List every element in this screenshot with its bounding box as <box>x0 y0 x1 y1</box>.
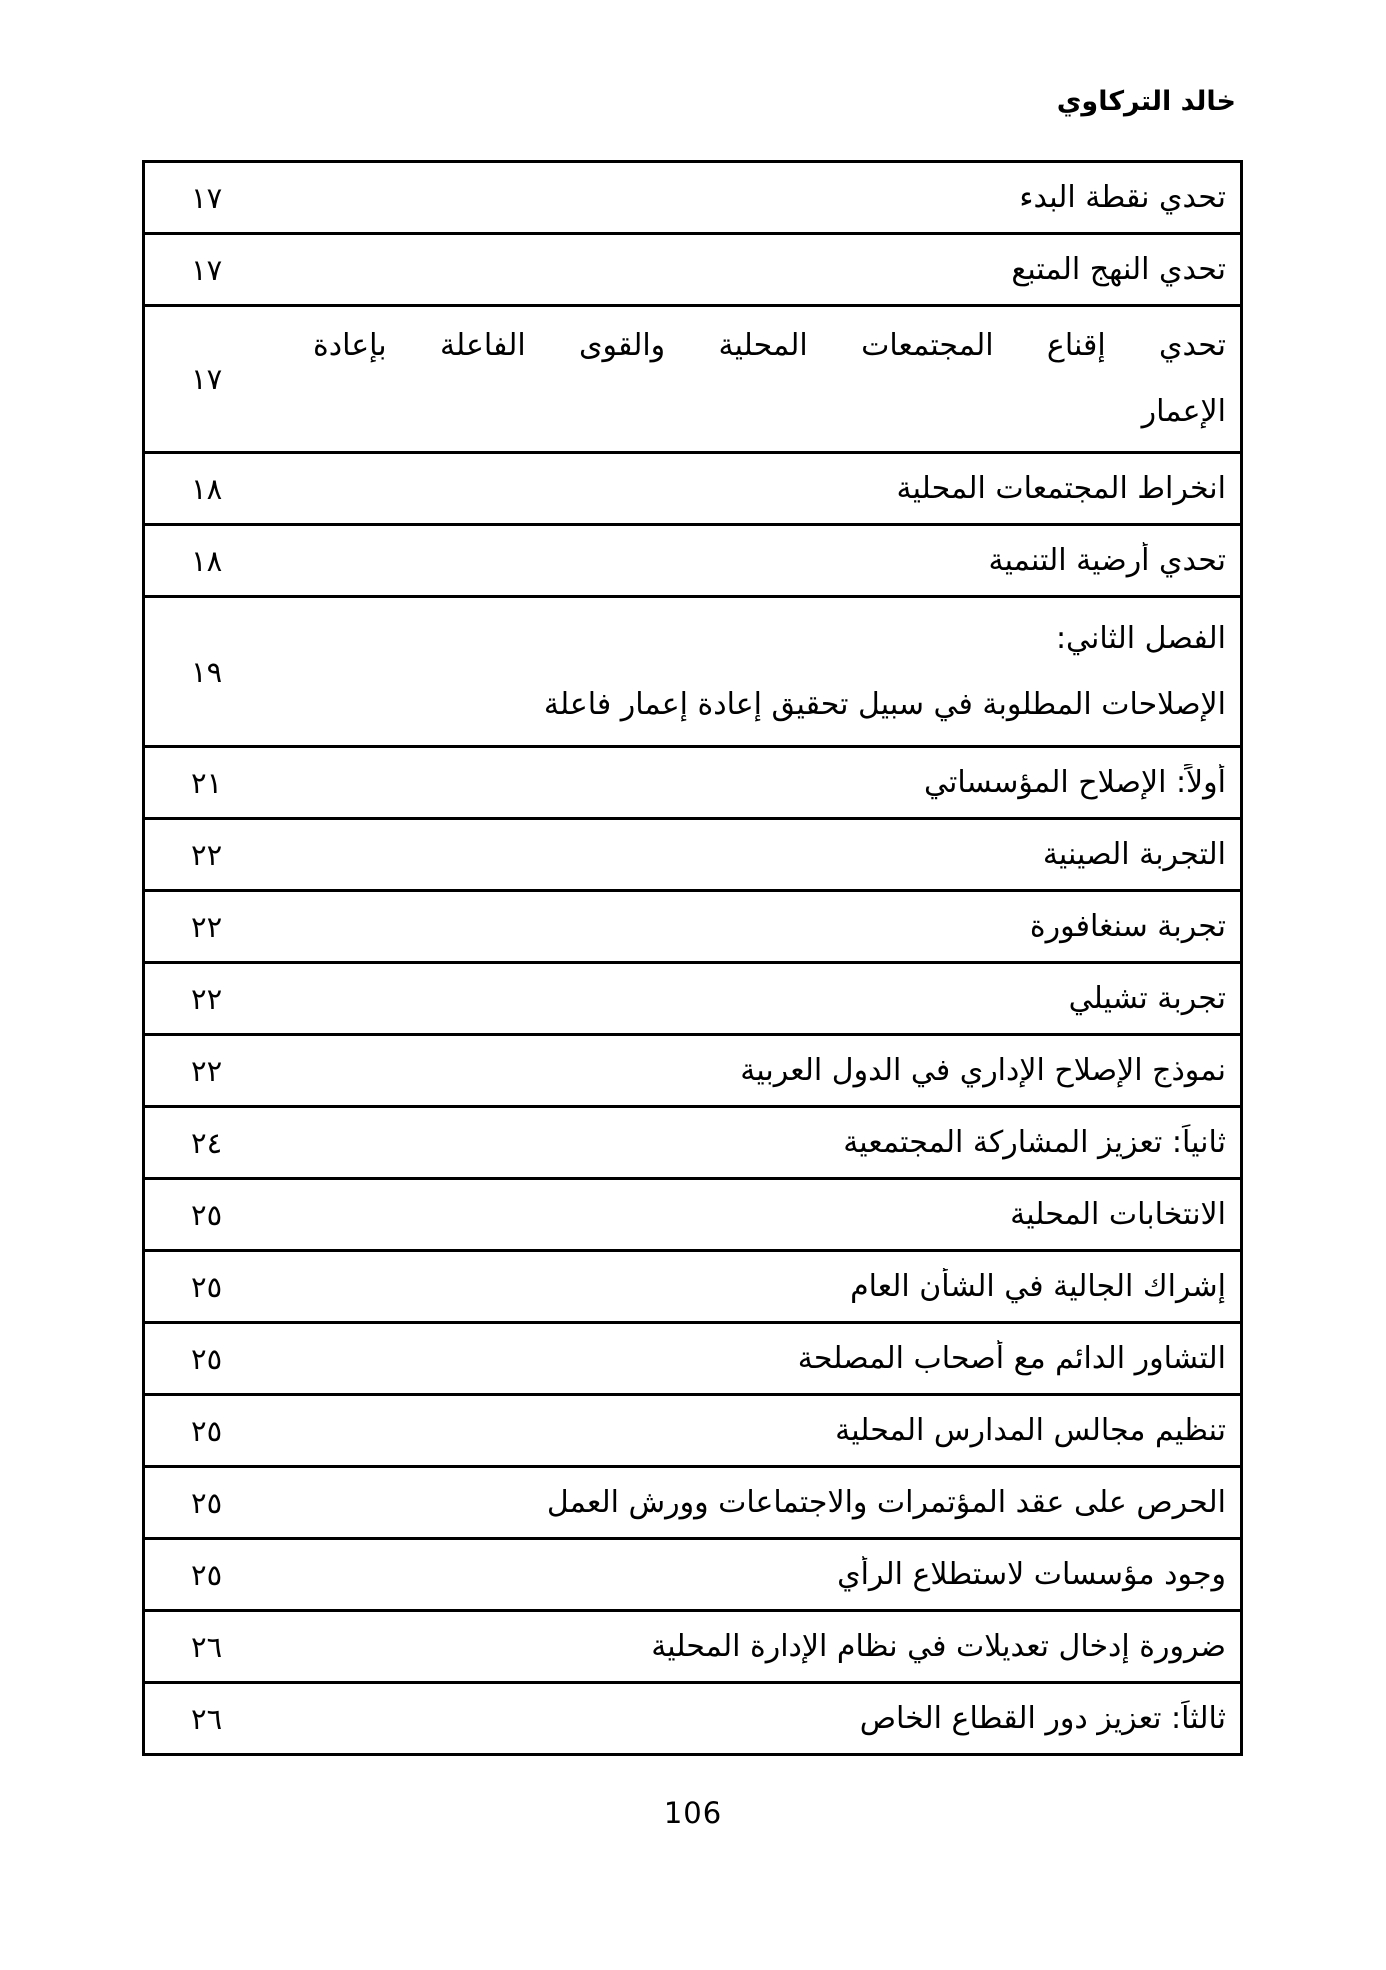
table-row: تحدي نقطة البدء ١٧ <box>145 163 1240 235</box>
toc-entry-title: تحدي نقطة البدء <box>305 179 1240 217</box>
toc-entry-page-number: ٢٥ <box>145 1558 305 1592</box>
toc-entry-line: التشاور الدائم مع أصحاب المصلحة <box>313 1340 1226 1378</box>
toc-entry-page-number: ١٧ <box>145 362 305 396</box>
toc-entry-line: تحدي نقطة البدء <box>313 179 1226 217</box>
toc-entry-title: أولاً: الإصلاح المؤسساتي <box>305 764 1240 802</box>
table-row: تنظيم مجالس المدارس المحلية ٢٥ <box>145 1396 1240 1468</box>
toc-entry-title: نموذج الإصلاح الإداري في الدول العربية <box>305 1052 1240 1090</box>
toc-entry-line: ثالثاً: تعزيز دور القطاع الخاص <box>313 1700 1226 1738</box>
toc-entry-line: نموذج الإصلاح الإداري في الدول العربية <box>313 1052 1226 1090</box>
toc-entry-line: ضرورة إدخال تعديلات في نظام الإدارة المح… <box>313 1628 1226 1666</box>
table-row: ثالثاً: تعزيز دور القطاع الخاص ٢٦ <box>145 1684 1240 1753</box>
table-row: أولاً: الإصلاح المؤسساتي ٢١ <box>145 748 1240 820</box>
toc-entry-page-number: ١٨ <box>145 472 305 506</box>
toc-entry-line: تحدي النهج المتبع <box>313 251 1226 289</box>
toc-entry-line: الإصلاحات المطلوبة في سبيل تحقيق إعادة إ… <box>313 672 1226 738</box>
toc-entry-line: تحدي إقناع المجتمعات المحلية والقوى الفا… <box>313 313 1226 379</box>
table-row: وجود مؤسسات لاستطلاع الرأي ٢٥ <box>145 1540 1240 1612</box>
toc-entry-title: وجود مؤسسات لاستطلاع الرأي <box>305 1556 1240 1594</box>
table-row: الانتخابات المحلية ٢٥ <box>145 1180 1240 1252</box>
toc-entry-title: ثالثاً: تعزيز دور القطاع الخاص <box>305 1700 1240 1738</box>
toc-entry-line: تجربة سنغافورة <box>313 908 1226 946</box>
toc-entry-title: ثانياً: تعزيز المشاركة المجتمعية <box>305 1124 1240 1162</box>
toc-entry-page-number: ٢٥ <box>145 1198 305 1232</box>
toc-entry-line: الفصل الثاني: <box>313 606 1226 672</box>
toc-entry-page-number: ٢٥ <box>145 1342 305 1376</box>
toc-entry-page-number: ٢٥ <box>145 1414 305 1448</box>
toc-entry-page-number: ١٧ <box>145 181 305 215</box>
table-row: تجربة تشيلي ٢٢ <box>145 964 1240 1036</box>
table-row: انخراط المجتمعات المحلية ١٨ <box>145 454 1240 526</box>
footer-page-number: 106 <box>0 1796 1386 1830</box>
toc-entry-line: الإعمار <box>313 379 1226 445</box>
toc-entry-line: إشراك الجالية في الشأن العام <box>313 1268 1226 1306</box>
toc-entry-page-number: ١٧ <box>145 253 305 287</box>
toc-entry-page-number: ٢٥ <box>145 1270 305 1304</box>
toc-entry-title: تجربة سنغافورة <box>305 908 1240 946</box>
table-row: الفصل الثاني:الإصلاحات المطلوبة في سبيل … <box>145 598 1240 748</box>
toc-entry-title: التشاور الدائم مع أصحاب المصلحة <box>305 1340 1240 1378</box>
toc-entry-title: تحدي إقناع المجتمعات المحلية والقوى الفا… <box>305 313 1240 445</box>
toc-entry-line: انخراط المجتمعات المحلية <box>313 470 1226 508</box>
document-page: خالد التركاوي تحدي نقطة البدء ١٧ تحدي ال… <box>0 0 1386 1970</box>
toc-entry-page-number: ١٨ <box>145 544 305 578</box>
toc-entry-page-number: ٢٥ <box>145 1486 305 1520</box>
toc-entry-line: وجود مؤسسات لاستطلاع الرأي <box>313 1556 1226 1594</box>
toc-entry-page-number: ٢٢ <box>145 1054 305 1088</box>
toc-entry-title: الفصل الثاني:الإصلاحات المطلوبة في سبيل … <box>305 606 1240 738</box>
toc-entry-line: الانتخابات المحلية <box>313 1196 1226 1234</box>
table-row: نموذج الإصلاح الإداري في الدول العربية ٢… <box>145 1036 1240 1108</box>
toc-entry-title: ضرورة إدخال تعديلات في نظام الإدارة المح… <box>305 1628 1240 1666</box>
toc-entry-line: التجربة الصينية <box>313 836 1226 874</box>
toc-entry-line: أولاً: الإصلاح المؤسساتي <box>313 764 1226 802</box>
table-row: ثانياً: تعزيز المشاركة المجتمعية ٢٤ <box>145 1108 1240 1180</box>
toc-entry-page-number: ٢٢ <box>145 838 305 872</box>
toc-entry-title: تحدي أرضية التنمية <box>305 542 1240 580</box>
toc-entry-title: انخراط المجتمعات المحلية <box>305 470 1240 508</box>
toc-entry-line: تجربة تشيلي <box>313 980 1226 1018</box>
toc-entry-page-number: ٢٤ <box>145 1126 305 1160</box>
toc-entry-page-number: ٢٢ <box>145 982 305 1016</box>
toc-entry-title: التجربة الصينية <box>305 836 1240 874</box>
table-row: التجربة الصينية ٢٢ <box>145 820 1240 892</box>
toc-entry-title: إشراك الجالية في الشأن العام <box>305 1268 1240 1306</box>
toc-entry-line: تحدي أرضية التنمية <box>313 542 1226 580</box>
toc-entry-page-number: ٢٢ <box>145 910 305 944</box>
toc-entry-title: الحرص على عقد المؤتمرات والاجتماعات وورش… <box>305 1484 1240 1522</box>
toc-entry-title: تنظيم مجالس المدارس المحلية <box>305 1412 1240 1450</box>
table-row: التشاور الدائم مع أصحاب المصلحة ٢٥ <box>145 1324 1240 1396</box>
table-row: الحرص على عقد المؤتمرات والاجتماعات وورش… <box>145 1468 1240 1540</box>
toc-entry-page-number: ٢٦ <box>145 1630 305 1664</box>
toc-entry-line: الحرص على عقد المؤتمرات والاجتماعات وورش… <box>313 1484 1226 1522</box>
toc-table: تحدي نقطة البدء ١٧ تحدي النهج المتبع ١٧ … <box>142 160 1243 1756</box>
toc-entry-page-number: ١٩ <box>145 655 305 689</box>
table-row: تحدي أرضية التنمية ١٨ <box>145 526 1240 598</box>
table-row: إشراك الجالية في الشأن العام ٢٥ <box>145 1252 1240 1324</box>
toc-entry-title: تحدي النهج المتبع <box>305 251 1240 289</box>
toc-entry-title: الانتخابات المحلية <box>305 1196 1240 1234</box>
toc-entry-page-number: ٢١ <box>145 766 305 800</box>
toc-entry-page-number: ٢٦ <box>145 1702 305 1736</box>
table-row: تحدي النهج المتبع ١٧ <box>145 235 1240 307</box>
table-row: ضرورة إدخال تعديلات في نظام الإدارة المح… <box>145 1612 1240 1684</box>
page-header-author: خالد التركاوي <box>1057 86 1236 118</box>
toc-entry-title: تجربة تشيلي <box>305 980 1240 1018</box>
toc-entry-line: تنظيم مجالس المدارس المحلية <box>313 1412 1226 1450</box>
table-row: تحدي إقناع المجتمعات المحلية والقوى الفا… <box>145 307 1240 454</box>
toc-entry-line: ثانياً: تعزيز المشاركة المجتمعية <box>313 1124 1226 1162</box>
table-row: تجربة سنغافورة ٢٢ <box>145 892 1240 964</box>
